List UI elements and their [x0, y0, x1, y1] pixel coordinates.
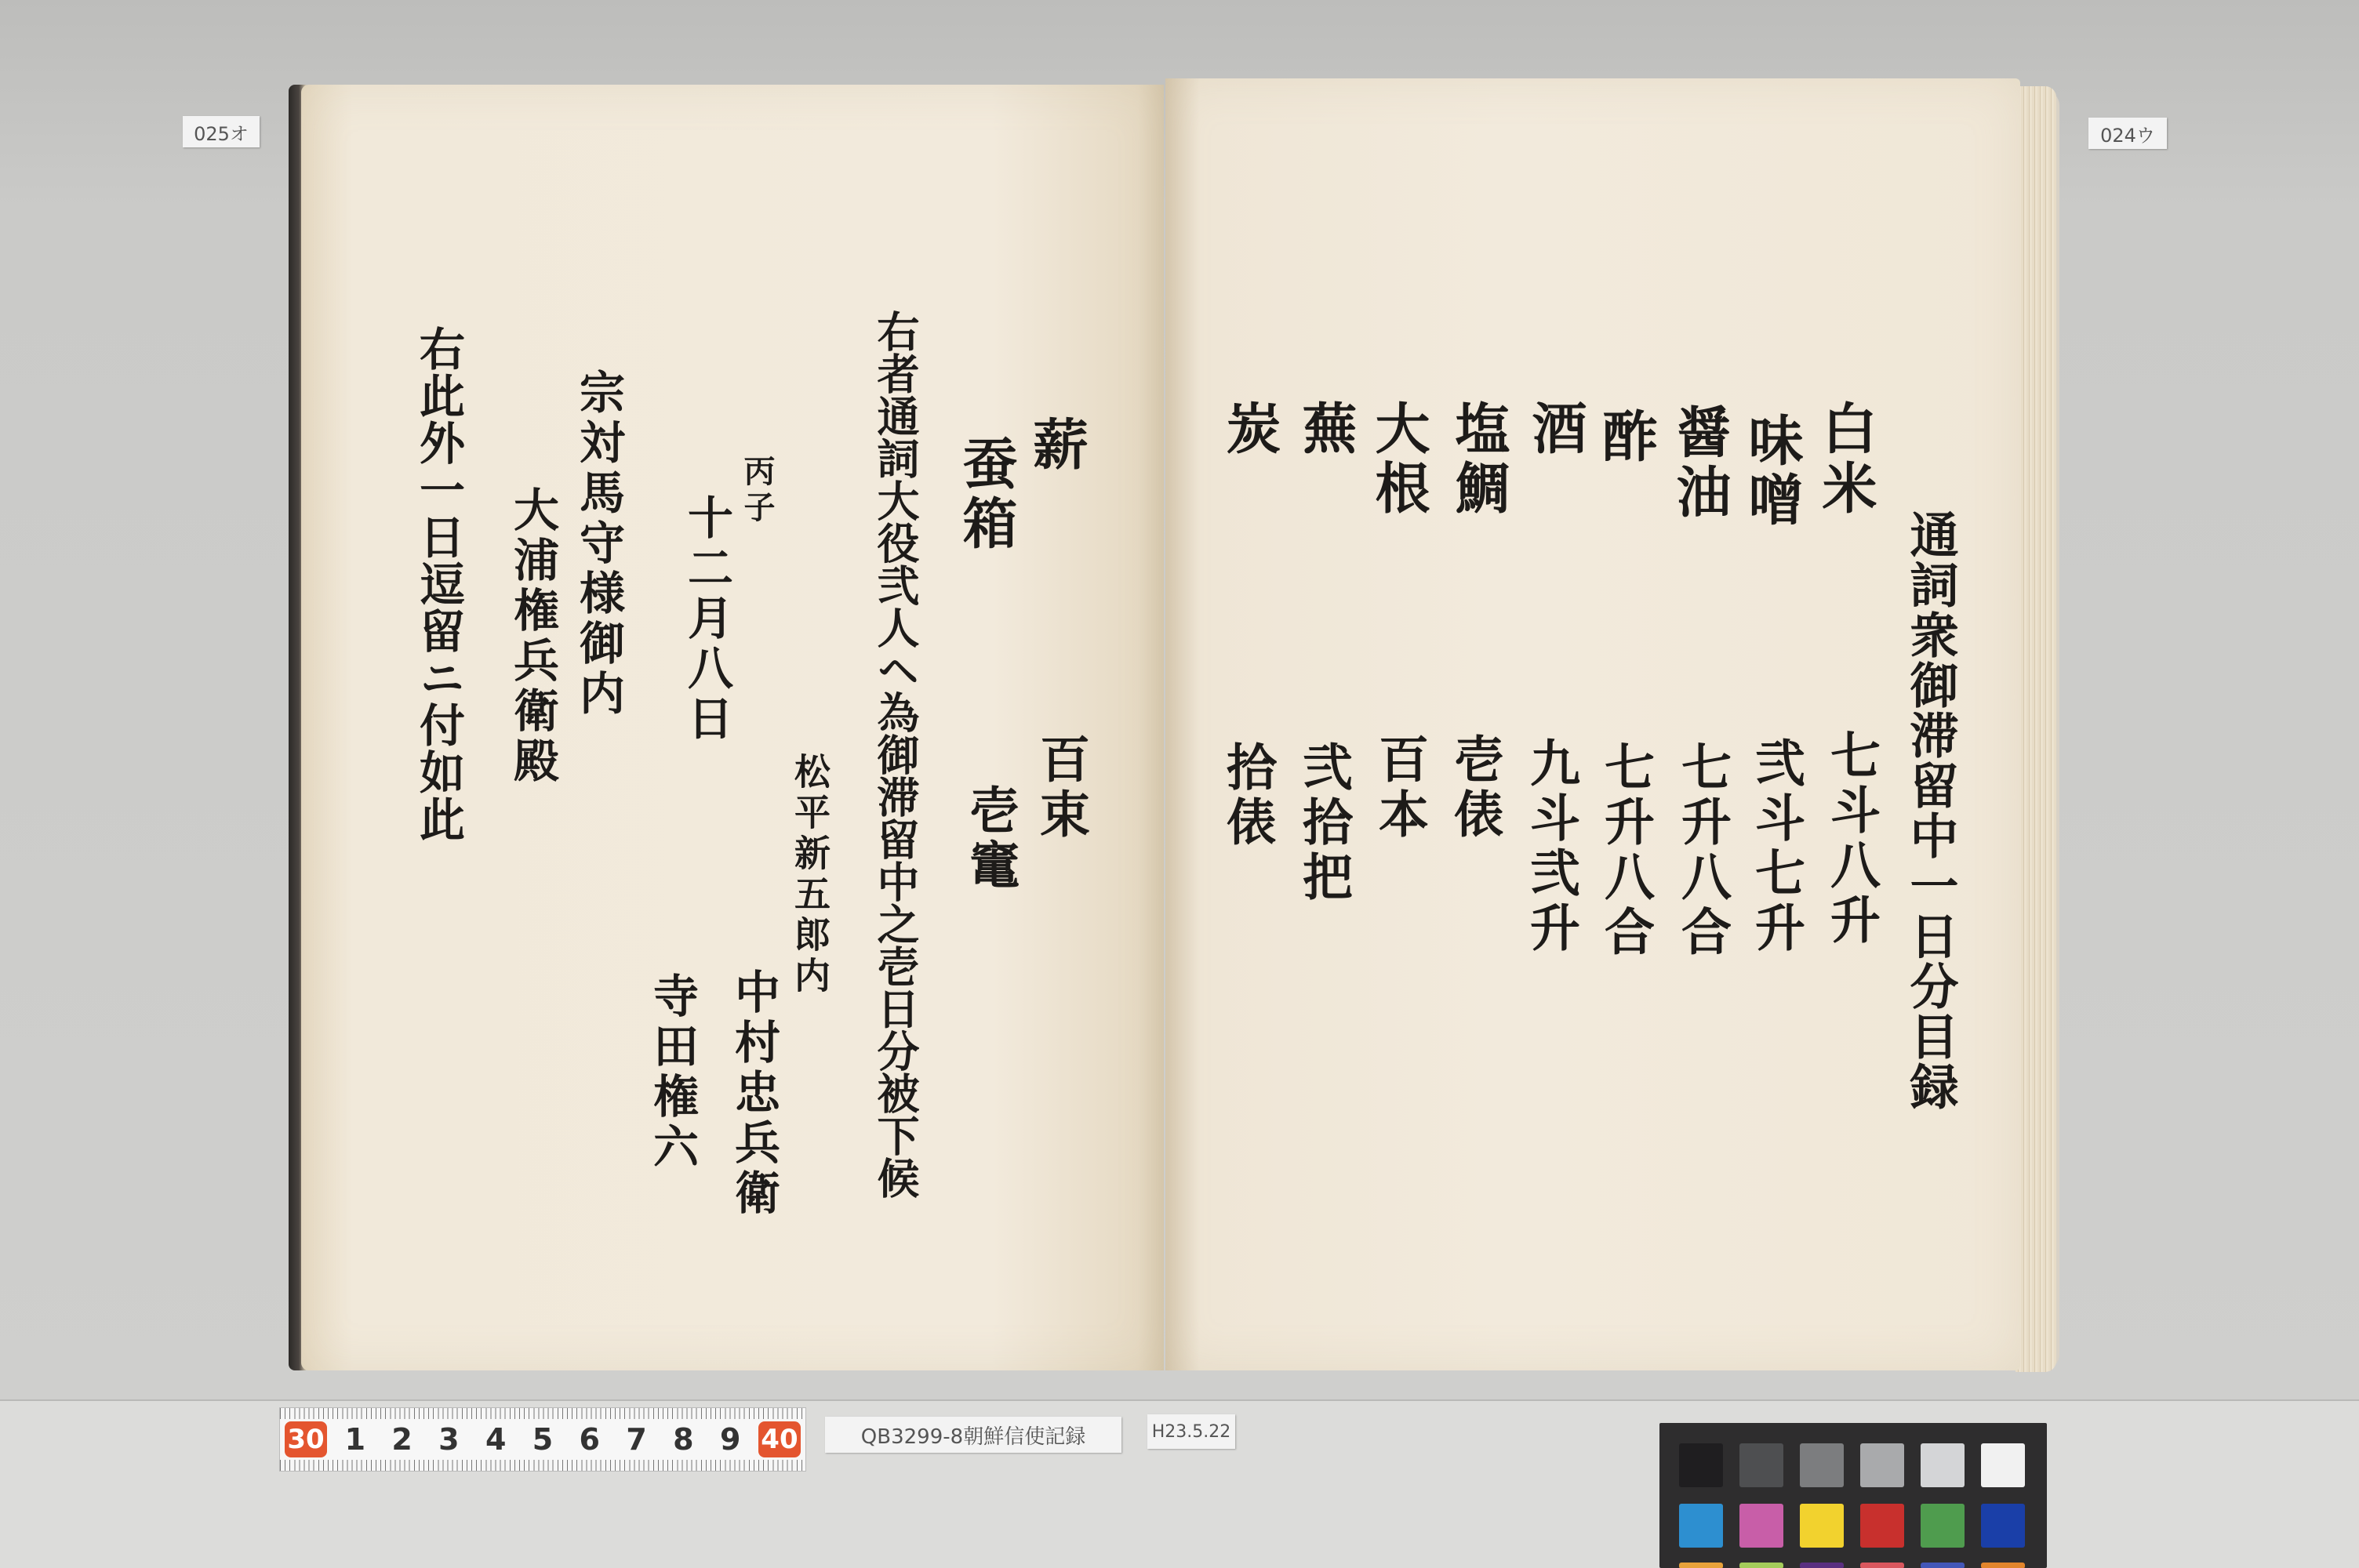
date-label: H23.5.22: [1147, 1414, 1235, 1449]
orange-swatch: [1981, 1563, 2025, 1568]
gray-swatch: [1860, 1443, 1904, 1487]
item-quantity: 七升八合: [1677, 741, 1727, 960]
closing-text: 右此外一日逗留ニ付如此: [416, 325, 461, 843]
ruler-number: 2: [383, 1422, 421, 1457]
ruler-number: 4: [477, 1422, 514, 1457]
magenta-swatch: [1739, 1504, 1783, 1548]
blue-swatch: [1921, 1563, 1965, 1568]
item-quantity: 弐斗七升: [1750, 737, 1801, 956]
gray-swatch: [1800, 1443, 1844, 1487]
item-quantity: 壱竃: [965, 784, 1015, 894]
item-name: 酢: [1598, 408, 1653, 467]
item-name: 白米: [1818, 400, 1873, 519]
item-quantity: 百束: [1035, 733, 1085, 843]
white-swatch: [1981, 1443, 2025, 1487]
red-swatch: [1860, 1504, 1904, 1548]
signer-name: 松平新五郎内: [792, 753, 828, 997]
signer-name: 中村忠兵衛: [731, 968, 776, 1219]
item-name: 醤油: [1672, 404, 1727, 523]
gray-swatch: [1739, 1443, 1783, 1487]
right-page-heading: 通詞衆御滞留中一日分目録: [1906, 510, 1954, 1112]
ruler-number: 6: [571, 1422, 609, 1457]
item-quantity: 九斗弐升: [1525, 737, 1576, 956]
ruler-number: 8: [664, 1422, 702, 1457]
document-label: QB3299-8朝鮮信使記録: [825, 1417, 1121, 1453]
ruler-number: 9: [711, 1422, 749, 1457]
lime-swatch: [1739, 1563, 1783, 1568]
item-name: 味噌: [1744, 412, 1799, 531]
yellow-swatch: [1800, 1504, 1844, 1548]
ruler-number: 30: [285, 1421, 327, 1457]
item-quantity: 拾俵: [1222, 741, 1272, 851]
measuring-ruler: 30 1 2 3 4 5 6 7 8 9 40: [279, 1407, 806, 1472]
item-name: 蚕箱: [958, 435, 1013, 554]
gray-swatch: [1921, 1443, 1965, 1487]
green-swatch: [1921, 1504, 1965, 1548]
recipient-name: 宗対馬守様御内: [576, 368, 621, 720]
item-name: 酒: [1528, 400, 1583, 459]
recipient-name: 大浦権兵衛殿: [510, 486, 555, 787]
item-quantity: 七升八合: [1600, 741, 1650, 960]
item-quantity: 弐拾把: [1298, 741, 1348, 906]
ruler-number: 1: [336, 1422, 374, 1457]
pink-swatch: [1860, 1563, 1904, 1568]
document-date: 十二月八日: [684, 494, 729, 745]
ruler-number: 3: [430, 1422, 467, 1457]
purple-swatch: [1800, 1563, 1844, 1568]
item-quantity: 百本: [1374, 733, 1424, 843]
item-name: 大根: [1371, 400, 1426, 519]
statement-text: 右者通詞大役弐人ヘ為御滞留中之壱日分被下候: [874, 310, 917, 1199]
era-name: 丙子: [741, 455, 772, 527]
gray-swatch: [1679, 1443, 1723, 1487]
right-page: [1165, 78, 2020, 1370]
bleed-through-text: [1443, 298, 1515, 356]
item-name: 炭: [1222, 400, 1277, 459]
item-quantity: 壱俵: [1449, 733, 1499, 843]
signer-name: 寺田権六: [649, 972, 695, 1173]
orange-swatch: [1679, 1563, 1723, 1568]
item-name: 蕪: [1298, 400, 1353, 459]
blue-swatch: [1679, 1504, 1723, 1548]
page-block-edges: [2016, 86, 2056, 1372]
deep-blue-swatch: [1981, 1504, 2025, 1548]
color-calibration-chart: [1659, 1423, 2047, 1568]
ruler-number: 5: [524, 1422, 562, 1457]
item-name: 塩鯛: [1451, 400, 1506, 519]
ruler-number: 40: [758, 1421, 801, 1457]
item-quantity: 七斗八升: [1826, 729, 1876, 949]
left-page-id-label: 025オ: [183, 116, 260, 147]
item-name: 薪: [1029, 416, 1084, 475]
ruler-number: 7: [618, 1422, 656, 1457]
right-page-id-label: 024ウ: [2088, 118, 2167, 149]
